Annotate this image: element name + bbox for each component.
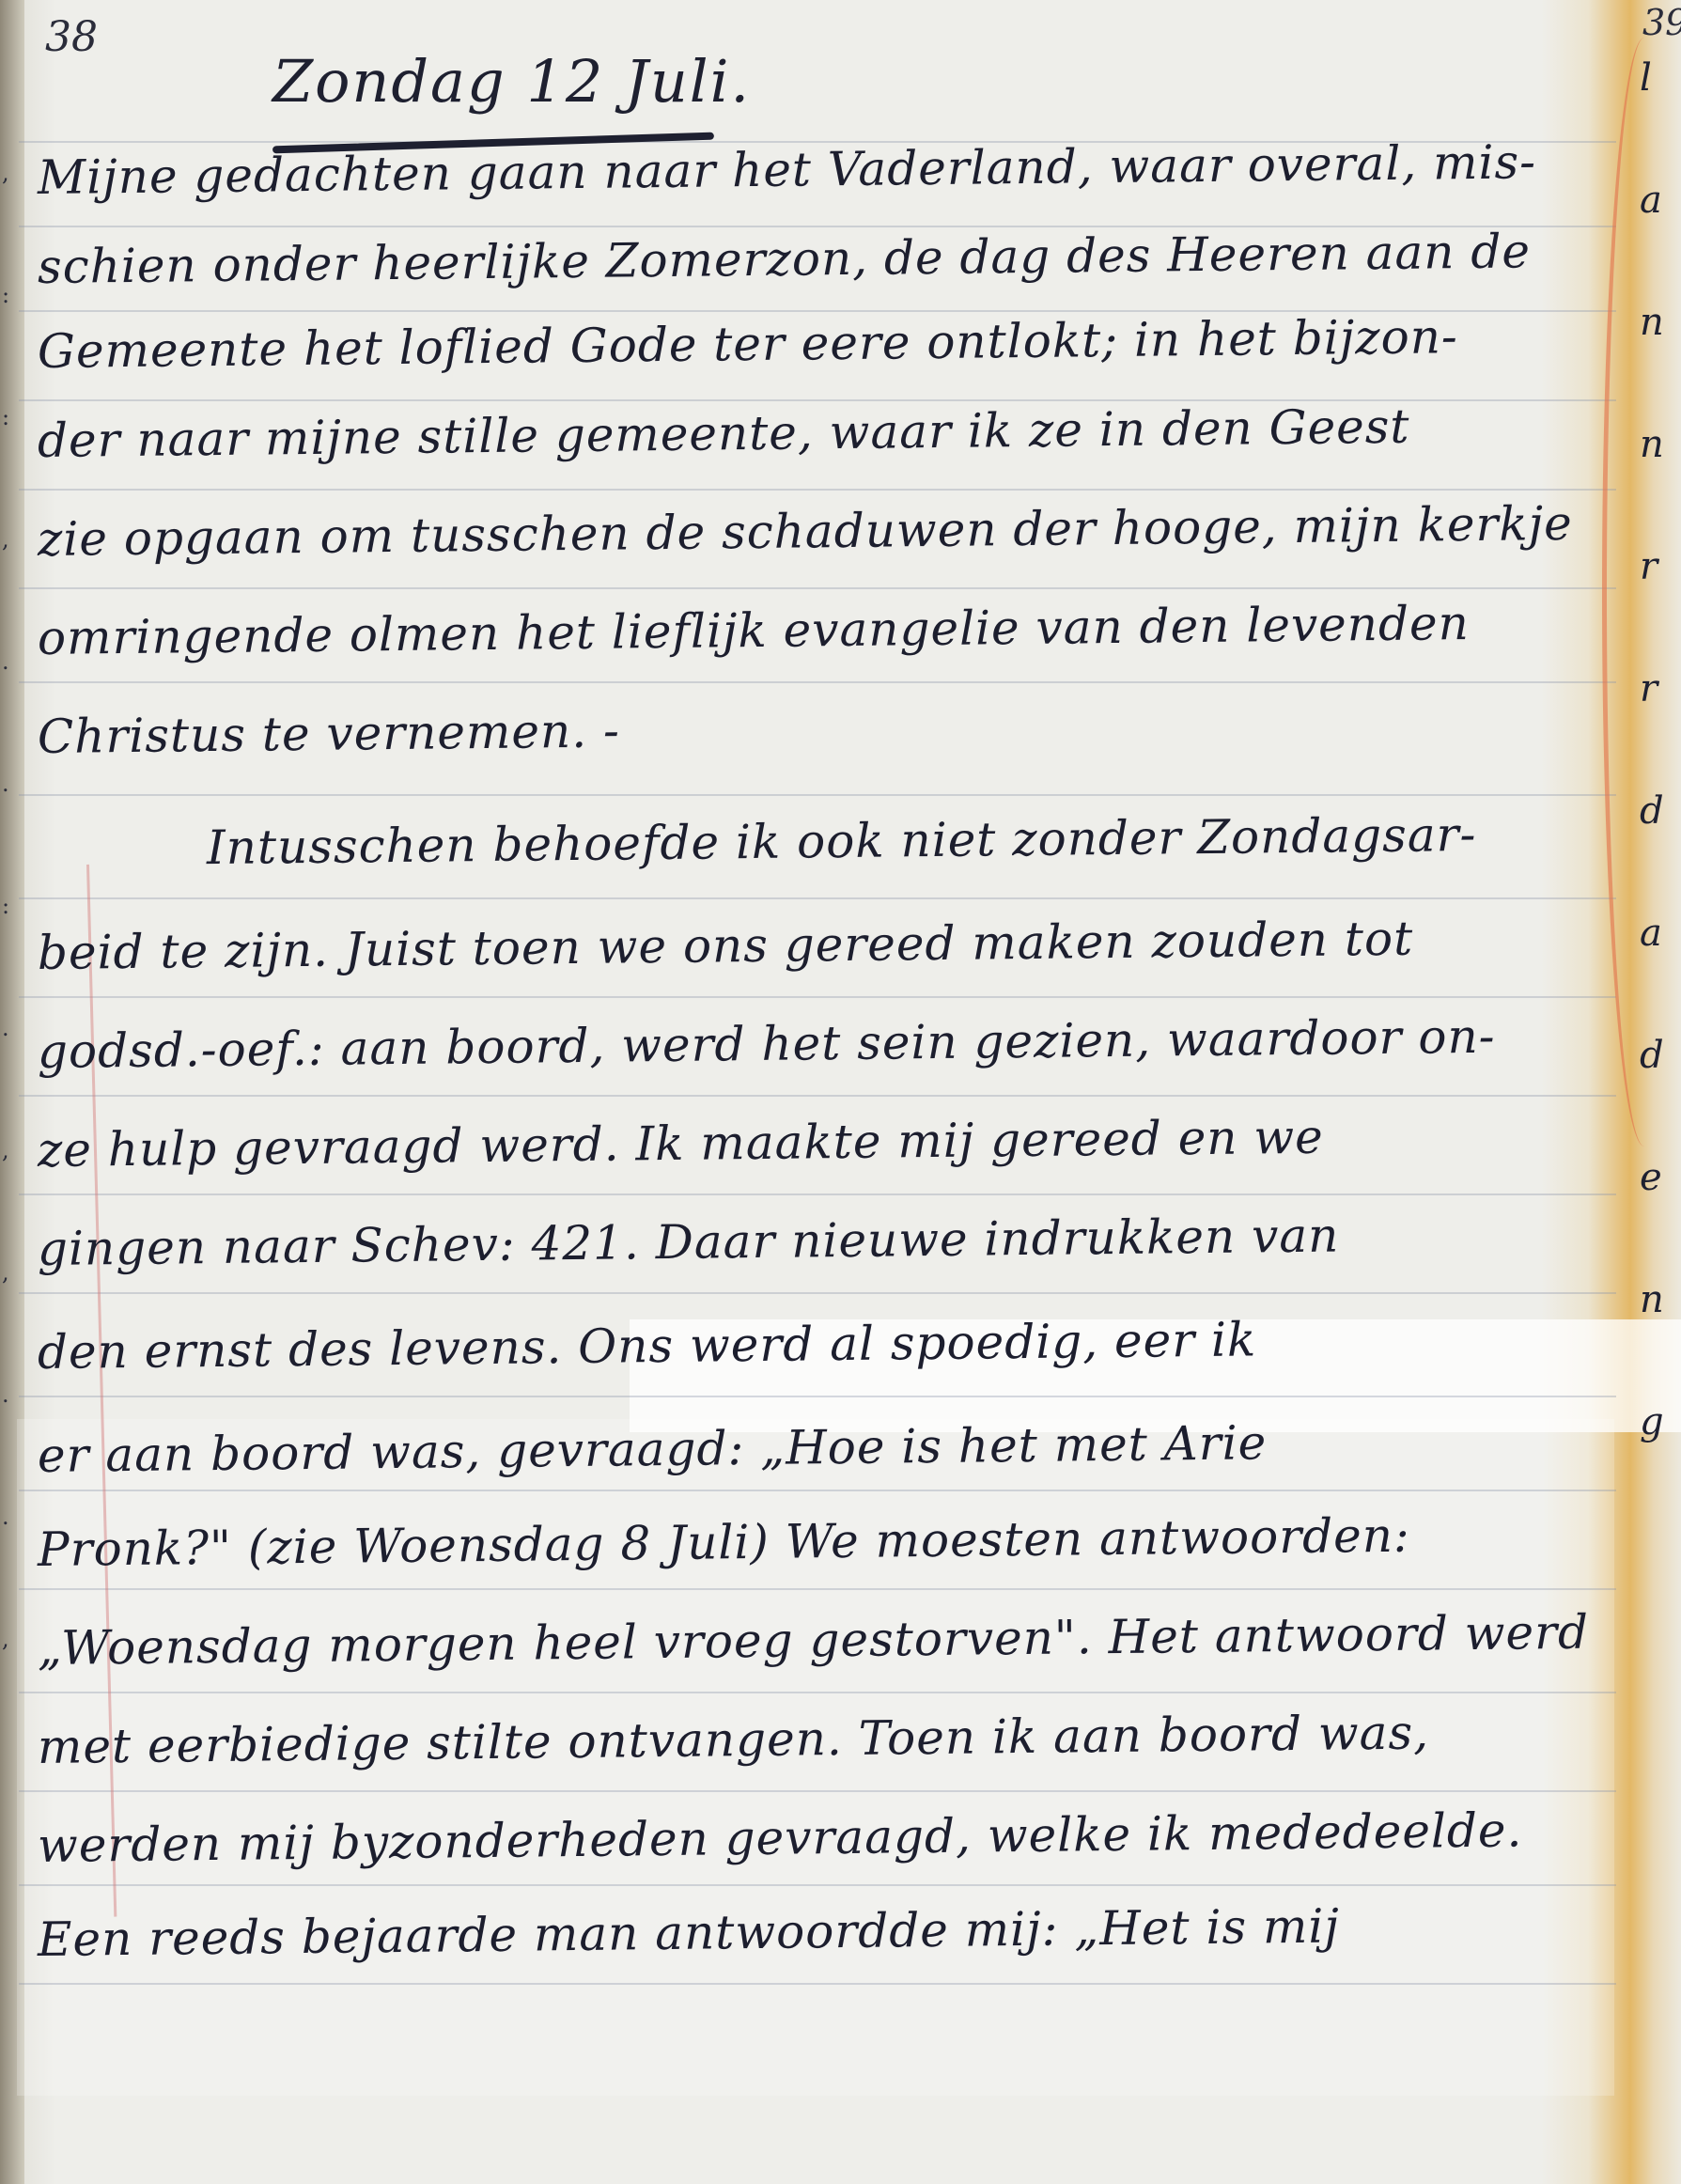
ruled-line <box>19 1396 1616 1397</box>
ruled-line <box>19 1692 1616 1693</box>
ruled-line <box>19 897 1616 899</box>
ruled-line <box>19 1790 1616 1792</box>
handwritten-line: Intusschen behoefde ik ook niet zonder Z… <box>38 804 1681 877</box>
notebook-page: ,::,..:.,,.., 38 39 Zondag 12 Juli. Mijn… <box>0 0 1681 2184</box>
handwritten-line: gingen naar Schev: 421. Daar nieuwe indr… <box>38 1205 1617 1276</box>
handwritten-line: der naar mijne stille gemeente, waar ik … <box>38 397 1617 468</box>
ruled-line <box>19 1983 1616 1985</box>
ruled-line <box>19 1884 1616 1886</box>
ruled-line <box>19 1095 1616 1097</box>
ruled-line <box>19 996 1616 998</box>
handwritten-line: godsd.-oef.: aan boord, werd het sein ge… <box>38 1007 1617 1079</box>
handwritten-line: Christus te vernemen. - <box>38 693 1617 764</box>
ruled-line <box>19 1588 1616 1590</box>
handwritten-line: zie opgaan om tusschen de schaduwen der … <box>38 495 1617 567</box>
ruled-line <box>19 1490 1616 1491</box>
handwritten-line: Gemeente het loflied Gode ter eere ontlo… <box>38 307 1617 379</box>
page-number-right: 39 <box>1642 2 1681 43</box>
left-edge-ink-marks: ,::,..:.,,.., <box>2 160 21 1757</box>
ruled-line <box>19 489 1616 491</box>
ruled-line <box>19 1193 1616 1195</box>
ruled-line <box>19 587 1616 589</box>
diary-entry-heading: Zondag 12 Juli. <box>272 47 751 116</box>
page-number-left: 38 <box>45 13 98 61</box>
handwritten-line: ze hulp gevraagd werd. Ik maakte mij ger… <box>38 1106 1617 1178</box>
handwritten-line: omringende olmen het lieflijk evangelie … <box>38 594 1617 665</box>
handwritten-line: Mijne gedachten gaan naar het Vaderland,… <box>38 133 1617 205</box>
ruled-line <box>19 1292 1616 1294</box>
ruled-line <box>19 794 1616 796</box>
handwritten-line: schien onder heerlijke Zomerzon, de dag … <box>38 223 1617 294</box>
ruled-line <box>19 681 1616 683</box>
facing-page-fragments: l a n n r r d a d e n g <box>1640 56 1681 1842</box>
handwritten-line: beid te zijn. Juist toen we ons gereed m… <box>38 909 1617 980</box>
